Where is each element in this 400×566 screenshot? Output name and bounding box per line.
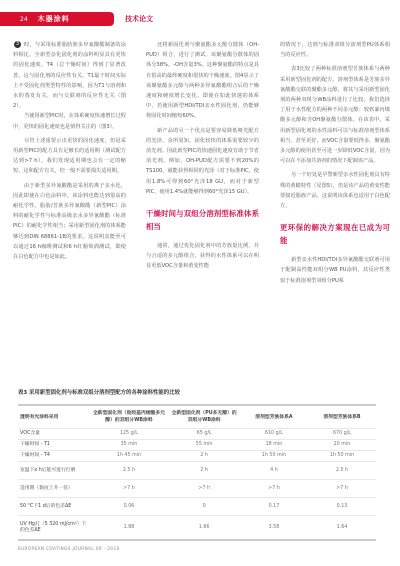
page-tab: 24 木器涂料 [0,12,114,26]
page-footer: EUROPEAN COATINGS JOURNAL 09 - 2019 [18,546,120,551]
column-header: 全新型固化剂（他羟基丙烯酸多元醇）的双组分WB涂料 [90,406,169,429]
paragraph: 新产品的另一个优点是要容易降低哑光配方的光泽。众所周知，固化较快的体系需要较少的… [146,126,259,197]
text-column-3: 的情况下，达到与标准双组分溶剂型PU体系相当的反应性。 表3比较了两种标准溶剂型… [280,40,390,286]
publication-name: 木器涂料 [38,14,70,24]
paragraph: 新型亲水性HDI/TDI多异氰酸酯交联剂可用于配制高性能双组分WB PU涂料，其… [280,255,390,286]
page-header: 24 木器涂料 技术论文 [0,12,400,26]
paragraph: 尽管上述重要示出更快的固化速度，但是采用新型PIC的配方具有足够长的适用期（测试… [13,136,126,177]
column-header: 透明有光涂料采用 [18,406,90,429]
column-header: 全新型固化剂（PU多无醇）的双组分WB涂料 [168,406,240,429]
divider [18,539,376,541]
table-row: 干燥时间 - T41h 45 min2 h1h 50 min1h 50 min [18,451,376,462]
section-heading: 更环保的解决方案现在已成为可能 [280,221,390,247]
column-header: 溶剂型芳族体系B [308,406,376,429]
comparison-table-block: 表3 采用新型固化剂与标准双组分溶剂型配方的各种涂料性能的比较 透明有光涂料采用… [18,388,376,541]
section-heading: 干燥时间与双组分溶剂型标准体系相当 [146,207,259,233]
paragraph: 当使用新型PIC时，在体系硬度快速增长过程中，更快的固化速度也是值得关注的（图3… [13,111,126,131]
page-marker-icon: 3 [14,41,21,48]
table-row: UV Hg灯（5 320 mJ/cm²）下的色差ΔE1.881.663.581.… [18,516,376,540]
paragraph: 的情况下，达到与标准双组分溶剂型PU体系相当的反应性。 [280,40,390,60]
table-header-row: 透明有光涂料采用 全新型固化剂（他羟基丙烯酸多元醇）的双组分WB涂料 全新型固化… [18,406,376,429]
paragraph: 还将新固化剂与聚氨酯多元醇分散体（OH-PUD）组合，进行了测试。该聚氨酯分散体… [146,40,259,122]
paragraph: 3时，与采用标准脂肪族多异氰酸酯制备的涂料相比，全新型杂化固化剂的涂料明显具有更… [13,40,126,111]
paragraph: 表3比较了两种标准溶剂型芳族体系与两种采用新型固化剂的配方。溶剂型体系是芳族多异… [280,64,390,166]
table-title: 表3 采用新型固化剂与标准双组分溶剂型配方的各种涂料性能的比较 [18,388,376,396]
comparison-table: 透明有光涂料采用 全新型固化剂（他羟基丙烯酸多元醇）的双组分WB涂料 全新型固化… [18,406,376,539]
page-number: 24 [20,16,28,23]
text-column-2: 还将新固化剂与聚氨酯多元醇分散体（OH-PUD）组合，进行了测试。该聚氨酯分散体… [146,40,259,272]
text-column-1: 3时，与采用标准脂肪族多异氰酸酯制备的涂料相比，全新型杂化固化剂的涂料明显具有更… [13,40,126,262]
paragraph: 通常，通过优化固化剂中的芳族量比例，并与合适的多元醇组合，获得的水性体系可以在明… [146,241,259,272]
table-row: 适用期（黏度上升一倍）>7 h>7 h>7 h>7 h [18,480,376,498]
paragraph: 另一个好处是早警新型亲水性固化剂具有特殊的黄蜡特性（见图5），但是该产品的黄变性… [280,170,390,211]
table-row: 50 °C下1 d后的色差ΔE0.0600.170.13 [18,498,376,516]
column-header: 溶剂型芳族体系A [240,406,308,429]
paragraph: 由于新型多异氰酸酯是采用的离子亲水化，因此即使在白色涂料中，该涂料也能达到很高的… [13,181,126,263]
table-row: VOC含量125 g/L65 g/L610 g/L670 g/L [18,429,376,440]
section-label: 技术论文 [125,13,153,25]
table-row: 室温下x h后能可进行打磨2.5 h2 h4 h2.5 h [18,462,376,480]
table-row: 干燥时间 - T135 min55 min18 min20 min [18,440,376,451]
